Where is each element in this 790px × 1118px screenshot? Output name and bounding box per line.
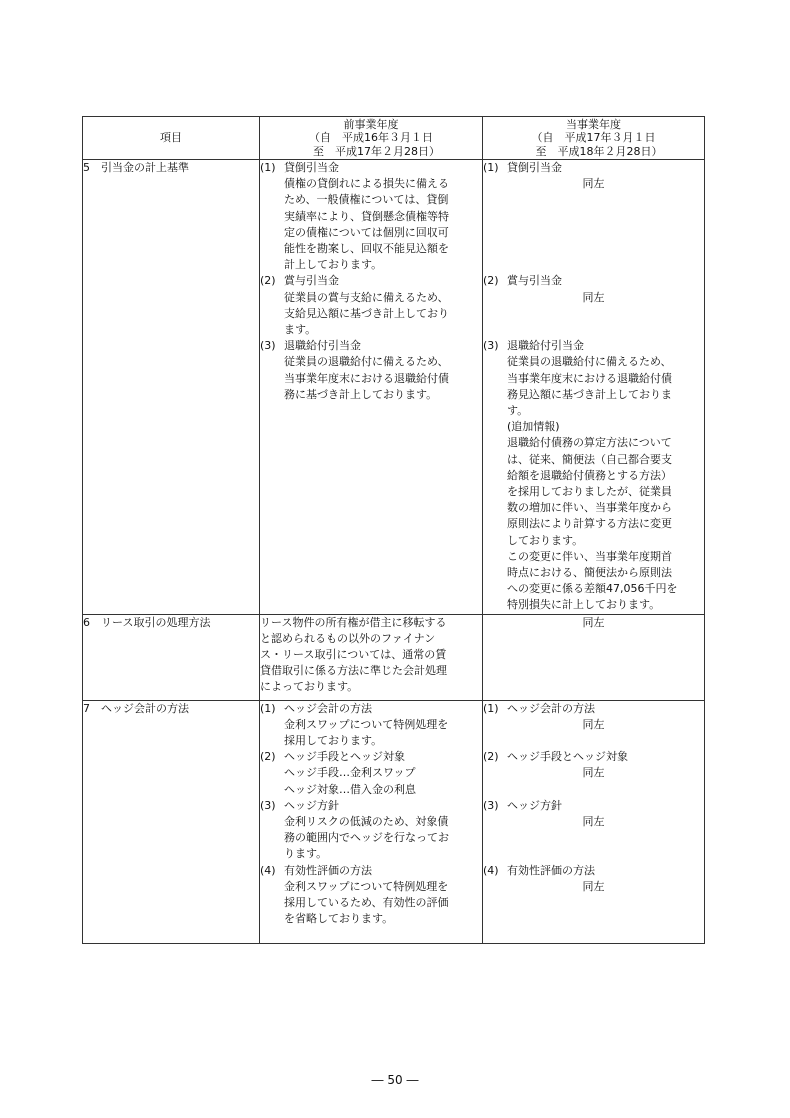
accounting-policies-table: 項目 前事業年度 （自 平成16年３月１日 至 平成17年２月28日） 当事業年… bbox=[82, 116, 705, 944]
header-prev-year: 前事業年度 （自 平成16年３月１日 至 平成17年２月28日） bbox=[260, 117, 483, 160]
table-row-lease: 6リース取引の処理方法 リース物件の所有権が借主に移転する と認められるもの以外… bbox=[83, 614, 705, 700]
header-curr-year: 当事業年度 （自 平成17年３月１日 至 平成18年２月28日） bbox=[483, 117, 705, 160]
item-cell: 6リース取引の処理方法 bbox=[83, 614, 260, 700]
item-cell: 5引当金の計上基準 bbox=[83, 160, 260, 615]
curr-year-cell: (1)貸倒引当金 同左 (2)賞与引当金 同左 (3)退職給付引当金 従業員の退… bbox=[483, 160, 705, 615]
curr-year-cell: 同左 bbox=[483, 614, 705, 700]
curr-year-cell: (1)ヘッジ会計の方法 同左 (2)ヘッジ手段とヘッジ対象 同左 (3)ヘッジ方… bbox=[483, 700, 705, 943]
item-cell: 7ヘッジ会計の方法 bbox=[83, 700, 260, 943]
table-row-hedge: 7ヘッジ会計の方法 (1)ヘッジ会計の方法 金利スワップについて特例処理を 採用… bbox=[83, 700, 705, 943]
table-row-allowance: 5引当金の計上基準 (1)貸倒引当金 債権の貸倒れによる損失に備える ため、一般… bbox=[83, 160, 705, 615]
page-number: ― 50 ― bbox=[0, 1073, 790, 1087]
table-header-row: 項目 前事業年度 （自 平成16年３月１日 至 平成17年２月28日） 当事業年… bbox=[83, 117, 705, 160]
prev-year-cell: (1)ヘッジ会計の方法 金利スワップについて特例処理を 採用しております。 (2… bbox=[260, 700, 483, 943]
header-item: 項目 bbox=[83, 117, 260, 160]
prev-year-cell: (1)貸倒引当金 債権の貸倒れによる損失に備える ため、一般債権については、貸倒… bbox=[260, 160, 483, 615]
prev-year-cell: リース物件の所有権が借主に移転する と認められるもの以外のファイナン ス・リース… bbox=[260, 614, 483, 700]
